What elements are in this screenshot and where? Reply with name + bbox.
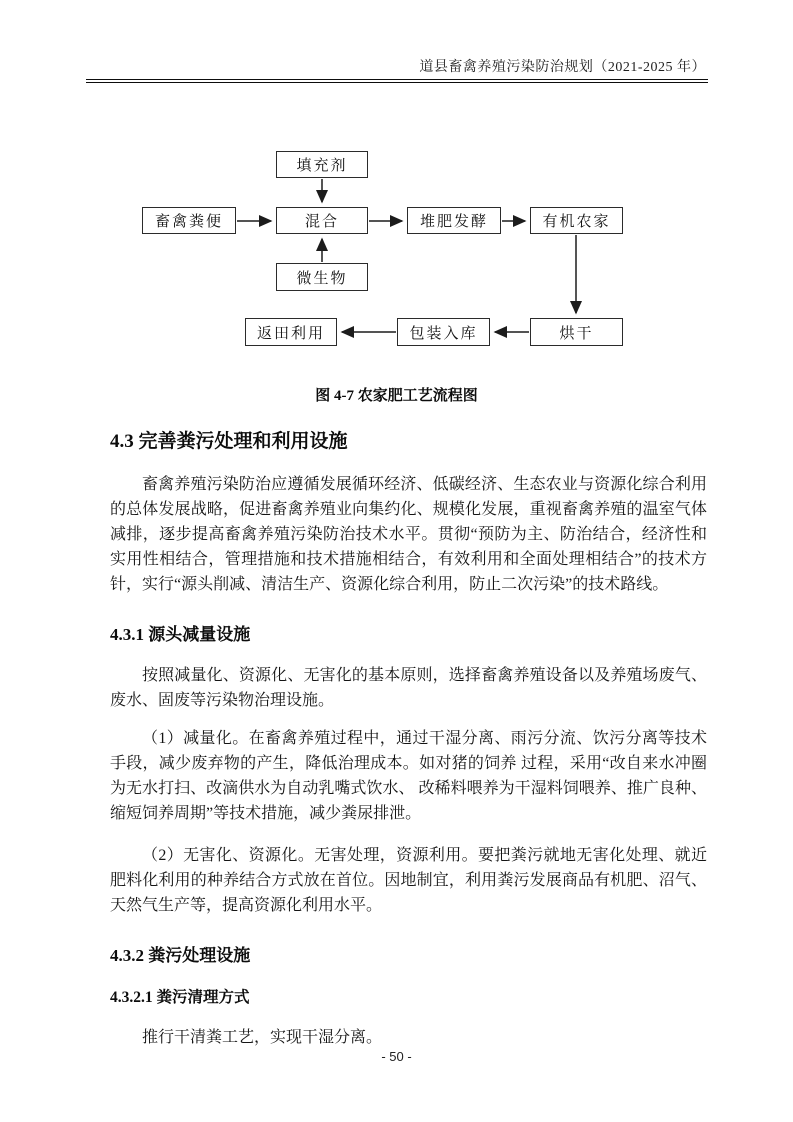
paragraph: 按照减量化、资源化、无害化的基本原则，选择畜禽养殖设备以及养殖场废气、废水、固废…: [110, 663, 707, 713]
flow-node-manure: 畜禽粪便: [142, 207, 236, 234]
paragraph: （1）减量化。在畜禽养殖过程中，通过干湿分离、雨污分流、饮污分离等技术手段，减少…: [110, 726, 707, 826]
paragraph: 推行干清粪工艺，实现干湿分离。: [110, 1025, 707, 1050]
section-heading-4-3-2: 4.3.2 粪污处理设施: [110, 944, 707, 967]
section-heading-4-3: 4.3 完善粪污处理和利用设施: [110, 429, 707, 454]
paragraph: （2）无害化、资源化。无害处理，资源利用。要把粪污就地无害化处理、就近肥料化利用…: [110, 843, 707, 918]
flow-node-dry: 烘干: [530, 318, 623, 346]
flow-node-pack: 包装入库: [397, 318, 490, 346]
document-body: 4.3 完善粪污处理和利用设施 畜禽养殖污染防治应遵循发展循环经济、低碳经济、生…: [110, 429, 707, 1050]
section-heading-4-3-1: 4.3.1 源头减量设施: [110, 623, 707, 646]
paragraph: 畜禽养殖污染防治应遵循发展循环经济、低碳经济、生态农业与资源化综合利用的总体发展…: [110, 472, 707, 597]
section-heading-4-3-2-1: 4.3.2.1 粪污清理方式: [110, 987, 707, 1008]
flow-node-mix: 混合: [276, 207, 368, 234]
flow-node-return-field: 返田利用: [245, 318, 337, 346]
page-number: - 50 -: [0, 1049, 793, 1064]
flowchart-figure: 填充剂 畜禽粪便 混合 堆肥发酵 有机农家 微生物 烘干 包装入库 返田利用: [0, 0, 793, 400]
document-page: 道县畜禽养殖污染防治规划（2021-2025 年） 填充剂 畜禽粪便 混合 堆肥…: [0, 0, 793, 1122]
flow-node-microbe: 微生物: [276, 263, 368, 291]
figure-caption: 图 4-7 农家肥工艺流程图: [0, 384, 793, 405]
flow-node-organic-farm: 有机农家: [530, 207, 623, 234]
flow-node-compost: 堆肥发酵: [407, 207, 501, 234]
flow-node-filler: 填充剂: [276, 151, 368, 178]
